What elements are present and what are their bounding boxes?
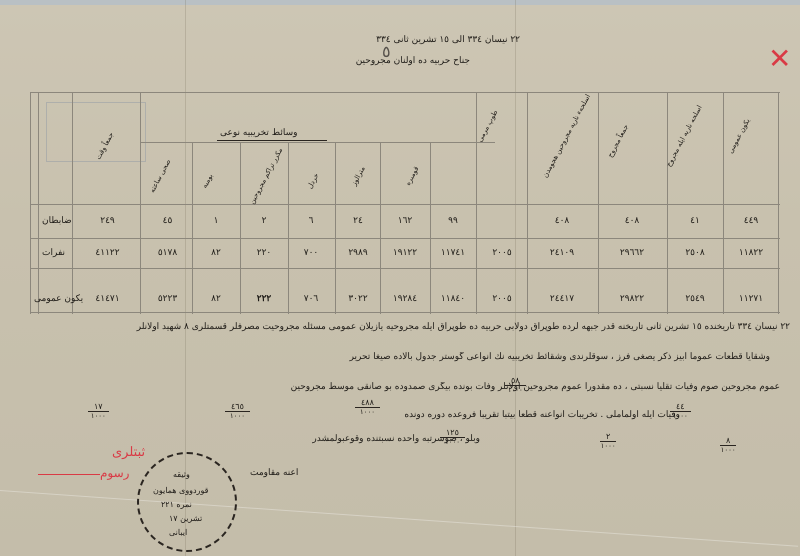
table-cell: ٧٠٦ — [290, 294, 332, 304]
table-cell: ١١٧٤١ — [432, 248, 474, 258]
row-label-soldiers: نفرات — [42, 248, 65, 258]
table-cell: ٢٤١٠٩ — [529, 248, 595, 258]
header-date-line: ٢٢ نيسان ٣٣٤ الى ١٥ تشرين ثانى ٣٣٤ — [376, 35, 520, 45]
body-text-line-4: وفيات ايله اولماملى . تخريبات انواعنه قط… — [80, 410, 680, 420]
table-cell: ٤٥ — [145, 216, 190, 226]
fraction: ٢١٠٠٠ — [600, 432, 616, 450]
col-header: جمعاً مجروح — [606, 123, 630, 159]
table-cell: ٢٠٠٥ — [479, 294, 525, 304]
fraction: ٤٨٨١٠٠٠ — [355, 398, 380, 416]
table-cell: ٢٤٤١٧ — [529, 294, 595, 304]
red-stroke — [38, 474, 100, 475]
table-cell: ٦ — [290, 216, 332, 226]
col-header: مترالوز — [350, 165, 367, 187]
table-cell: ٤٤٩ — [726, 216, 776, 226]
col-header: يكون عمومى — [727, 117, 752, 155]
table-cell: ٢٤٩ — [80, 216, 135, 226]
table-cell: ١١٨٤٠ — [432, 294, 474, 304]
table-cell: ٢٩٨٢٢ — [600, 294, 664, 304]
table-cell: ٢٢٠ — [243, 248, 285, 258]
table-cell: ٧٠٠ — [290, 248, 332, 258]
table-cell: ٤١١٢٢ — [80, 248, 135, 258]
fraction: ٤٦٥١٠٠٠ — [225, 402, 250, 420]
fraction: ٥٨١٠٠٠ — [505, 376, 526, 394]
fraction: ١٢٥١٠٠٠ — [440, 428, 465, 446]
table-cell: ٢٩٨٩ — [338, 248, 378, 258]
table-cell: ٢٩٦٦٢ — [600, 248, 664, 258]
table-cell: ١١٨٢٢ — [726, 248, 776, 258]
table-cell: ٢٥٠٨ — [670, 248, 720, 258]
seal-text: نمره ٢٢١ — [161, 500, 192, 509]
group-header-destructive-means: وسائط تخريبيه نوعى — [220, 128, 297, 138]
table-cell: ١٩٢٨٤ — [382, 294, 428, 304]
col-header: قومبره — [404, 165, 421, 187]
row-label-officers: ضابطان — [42, 216, 72, 226]
table-cell: ٤٠٨ — [529, 216, 595, 226]
fraction: ١٧١٠٠٠ — [88, 402, 109, 420]
table-cell: ٨٢ — [195, 294, 237, 304]
table-cell: ٢٥٤٩ — [670, 294, 720, 304]
table-cell: ٤١ — [670, 216, 720, 226]
group-underline — [217, 140, 327, 141]
table-cell: ١٩١٢٢ — [382, 248, 428, 258]
col-header: مكرر تراكم مجروحين — [248, 147, 284, 206]
paper-crease — [0, 490, 798, 547]
red-signature-bottom: رسوم — [100, 466, 129, 480]
header-subject-line: جناح حربيه ده اولنان مجروحين — [356, 56, 470, 66]
table-cell: ١٦٢ — [382, 216, 428, 226]
col-header: اسلحه ناريه ايله مجروح — [665, 104, 704, 168]
seal-text: قوردووى همايون — [153, 486, 208, 495]
col-header: صحى ساعته — [148, 158, 172, 194]
table-cell: ٤٠٨ — [600, 216, 664, 226]
table-cell: ٥١٧٨ — [145, 248, 190, 258]
table-cell: ٢٤ — [338, 216, 378, 226]
red-cross-mark: ✕ — [768, 42, 791, 75]
document-scan: ٥ ٢٢ نيسان ٣٣٤ الى ١٥ تشرين ثانى ٣٣٤ جنا… — [0, 0, 800, 556]
closing-note: اعنه مقاومت — [250, 468, 298, 478]
fraction: ٤٤١٠٠٠ — [670, 402, 691, 420]
fraction: ٨١٠٠٠ — [720, 436, 736, 454]
table-cell: ٨٢ — [195, 248, 237, 258]
table-cell: ٣٠٢٢ — [338, 294, 378, 304]
col-header: اسلحهء ناريه مجروحين هجومدن — [541, 93, 592, 179]
col-header: بومبه — [200, 172, 214, 189]
table-cell: ١ — [195, 216, 237, 226]
col-header: خردل — [306, 172, 321, 190]
table-cell: ٢٠٠٥ — [479, 248, 525, 258]
seal-text: تشرين ١٧ — [169, 514, 202, 523]
table-cell: ٩٩ — [432, 216, 474, 226]
official-seal: وثيقه قوردووى همايون نمره ٢٢١ تشرين ١٧ ا… — [137, 452, 237, 552]
row-label-grand-total: يكون عمومى — [34, 294, 83, 304]
col-header: طوپ مرمى — [476, 109, 500, 144]
table-cell: ٥٢٢٣ — [145, 294, 190, 304]
table-cell: ٤١٤٧١ — [80, 294, 135, 304]
table-cell: ٢ — [243, 216, 285, 226]
seal-text: ايبانى — [169, 528, 187, 537]
statistics-table: وسائط تخريبيه نوعى يكون عمومى اسلحه ناري… — [30, 92, 780, 316]
table-cell: ١١٢٧١ — [726, 294, 776, 304]
body-text-line-3: عموم مجروحين صوم وفيات تقليا نسبتى ، ده … — [10, 382, 780, 392]
table-cell: ٢٢٢ — [243, 294, 285, 304]
body-text-line-1: ٢٢ نيسان ٣٣٤ تاريخنده ١٥ تشرين ثانى تاري… — [10, 322, 790, 332]
seal-text: وثيقه — [173, 470, 190, 479]
red-signature-top: ثبتلرى — [112, 445, 145, 460]
body-text-line-2: وشقايا قطعات عموماً ابيز ذكر يصغى فرز ، … — [10, 352, 770, 362]
